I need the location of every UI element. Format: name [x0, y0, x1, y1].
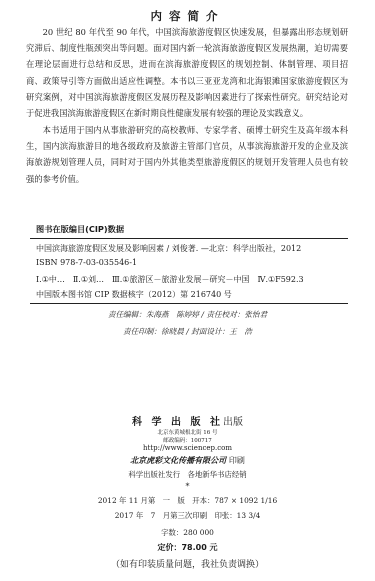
staff-editors: 责任编辑：朱海燕 陈婷婷 / 责任校对：张怡君: [0, 309, 375, 320]
publisher-address: 北京东黄城根北街 16 号: [0, 428, 375, 436]
intro-text-1: 20 世纪 80 年代至 90 年代，中国滨海旅游度假区快速发展，但暴露出形态规…: [26, 24, 348, 121]
intro-text-2: 本书适用于国内从事旅游研究的高校教师、专家学者、硕博士研究生及高年级本科生，国内…: [26, 122, 348, 187]
printer-name: 北京虎彩文化传播有限公司: [130, 455, 226, 465]
intro-paragraph-2: 本书适用于国内从事旅游研究的高校教师、专家学者、硕博士研究生及高年级本科生，国内…: [26, 122, 348, 187]
cip-line-classification: Ⅰ.①中… Ⅱ.①刘… Ⅲ.①旅游区－旅游业发展－研究－中国 Ⅳ.①F592.3: [36, 274, 304, 285]
printer-line: 北京虎彩文化传播有限公司 印刷: [0, 455, 375, 466]
cip-line-title: 中国滨海旅游度假区发展及影响因素 / 刘俊著. —北京：科学出版社，2012: [36, 243, 301, 254]
edition-first: 2012 年 11 月第 一 版 开本：787 × 1092 1/16: [0, 495, 375, 506]
cip-line-record: 中国版本图书馆 CIP 数据核字（2012）第 216740 号: [36, 289, 232, 300]
publisher-name: 科 学 出 版 社: [132, 417, 223, 428]
publisher-postcode: 邮政编码：100717: [0, 436, 375, 444]
intro-paragraph-1: 20 世纪 80 年代至 90 年代，中国滨海旅游度假区快速发展，但暴露出形态规…: [26, 24, 348, 121]
word-count: 字数：280 000: [0, 527, 375, 538]
cip-heading: 图书在版编目(CIP)数据: [36, 224, 124, 235]
distribution-line: 科学出版社发行 各地新华书店经销: [0, 469, 375, 480]
cip-line-isbn: ISBN 978-7-03-035546-1: [36, 258, 137, 267]
divider: [30, 238, 348, 239]
divider: [30, 303, 348, 304]
quality-note: （如有印装质量问题，我社负责调换）: [0, 557, 375, 570]
staff-production: 责任印制：徐晓晨 / 封面设计：王 浩: [0, 326, 375, 337]
edition-printing: 2017 年 7 月第三次印刷 印张：13 3/4: [0, 510, 375, 521]
separator-dot: *: [0, 482, 375, 491]
publisher-url: http://www.sciencep.com: [0, 444, 375, 452]
publisher-suffix: 出版: [223, 417, 243, 428]
price: 定价：78.00 元: [0, 542, 375, 553]
publisher-line: 科 学 出 版 社出版: [0, 413, 375, 428]
printer-suffix: 印刷: [229, 456, 245, 465]
page-title: 内容简介: [0, 8, 375, 24]
